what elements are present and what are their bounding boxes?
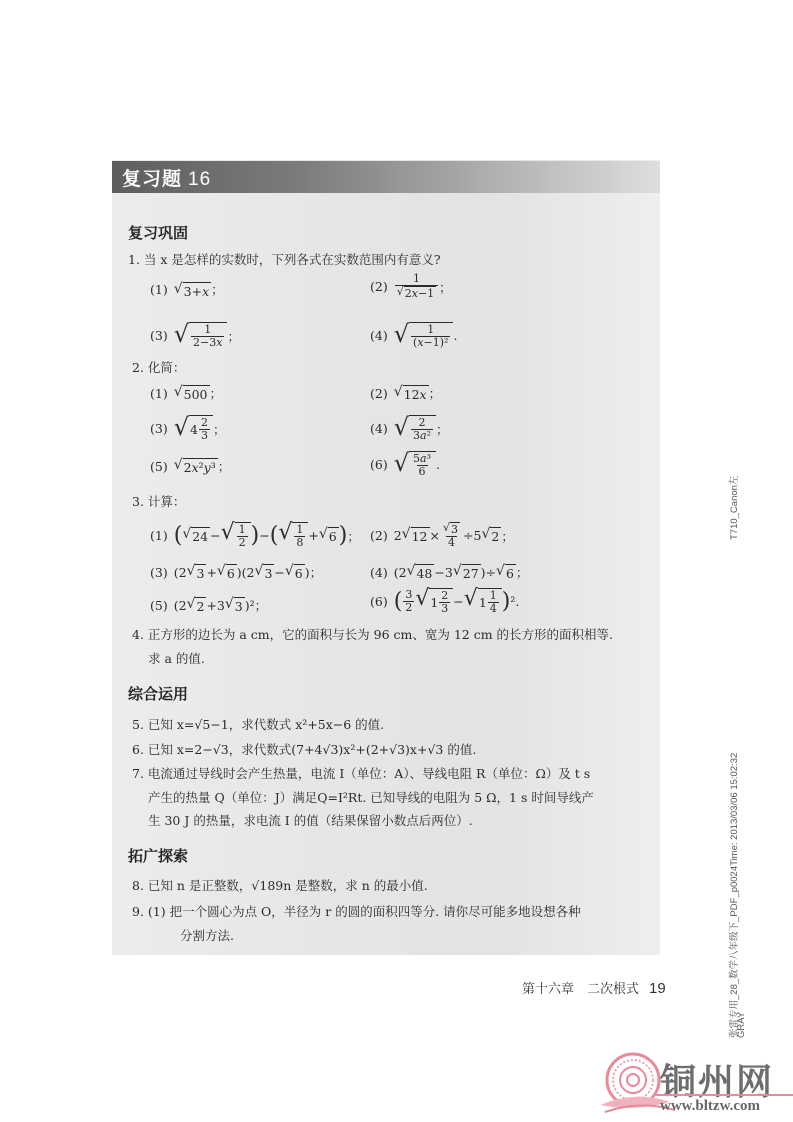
question-7-line-1: 7. 电流通过导线时会产生热量，电流 I（单位：A）、导线电阻 R（单位：Ω）及… (132, 766, 590, 782)
item-label: (4) (370, 328, 388, 343)
item-label: (5) (150, 459, 168, 474)
question-7-line-3: 生 30 J 的热量，求电流 I 的值（结果保留小数点后两位）. (148, 813, 473, 829)
title-text: 复习题 (122, 168, 182, 190)
q3-item-5: (5) (2√2+3√3)²； (150, 596, 267, 614)
q2-item-4: (4) √23a²； (370, 415, 449, 442)
q3-item-1: (1) (√24−√12)−(√18+√6)； (150, 522, 360, 549)
question-5: 5. 已知 x=√5−1，求代数式 x²+5x−6 的值. (132, 717, 384, 733)
q1-item-3: (3) √12−3x； (150, 322, 240, 349)
watermark-url: www.bltzw.com (660, 1098, 760, 1115)
question-9-line-2: 分割方法. (180, 928, 234, 944)
item-label: (6) (370, 457, 388, 472)
page-footer: 第十六章 二次根式19 (522, 978, 666, 997)
question-2-stem: 2. 化简： (132, 360, 185, 376)
q3-item-4: (4) (2√48−3√27)÷√6； (370, 563, 528, 581)
item-label: (3) (150, 565, 168, 580)
question-4-line-1: 4. 正方形的边长为 a cm，它的面积与长为 96 cm、宽为 12 cm 的… (132, 627, 613, 643)
section-apply: 综合运用 (128, 683, 188, 704)
item-label: (4) (370, 421, 388, 436)
question-7-line-2: 产生的热量 Q（单位：J）满足Q=I²Rt. 已知导线的电阻为 5 Ω，1 s … (148, 790, 594, 806)
section-review: 复习巩固 (128, 222, 188, 243)
q2-item-6: (6) √5a³6. (370, 451, 440, 478)
q3-item-2: (2) 2√12×√34÷5√2； (370, 522, 514, 549)
section-explore: 拓广探索 (128, 845, 188, 866)
page-number: 19 (649, 980, 666, 997)
question-3-stem: 3. 计算： (132, 494, 185, 510)
question-4-line-2: 求 a 的值. (148, 651, 205, 667)
q1-item-1: (1) √3+x； (150, 280, 224, 299)
q2-item-3: (3) √423； (150, 415, 225, 442)
q3-item-3: (3) (2√3+√6)(2√3−√6)； (150, 563, 322, 581)
chapter-label: 第十六章 二次根式 (522, 982, 639, 997)
q2-item-5: (5) √2x²y³； (150, 457, 230, 475)
color-mode-label: GRAY (736, 1012, 747, 1038)
item-label: (5) (150, 598, 168, 613)
q2-item-2: (2) √12x； (370, 384, 441, 402)
q2-item-1: (1) √500； (150, 384, 222, 402)
item-label: (2) (370, 528, 388, 543)
item-label: (2) (370, 279, 388, 294)
watermark-divider (655, 1094, 793, 1096)
page-title: 复习题16 (122, 164, 211, 191)
question-8: 8. 已知 n 是正整数，√189n 是整数，求 n 的最小值. (132, 878, 428, 894)
question-9-line-1: 9. (1) 把一个圆心为点 O，半径为 r 的圆的面积四等分. 请你尽可能多地… (132, 904, 581, 920)
item-label: (1) (150, 528, 168, 543)
item-label: (3) (150, 421, 168, 436)
scanner-label: T710_Canon左 (726, 476, 740, 540)
title-number: 16 (188, 169, 211, 190)
q1-item-2: (2) 1√2x−1； (370, 273, 452, 300)
item-label: (1) (150, 386, 168, 401)
item-label: (1) (150, 282, 168, 297)
q1-item-4: (4) √1(x−1)². (370, 322, 457, 349)
item-label: (4) (370, 565, 388, 580)
item-label: (3) (150, 328, 168, 343)
item-label: (6) (370, 594, 388, 609)
question-1-stem: 1. 当 x 是怎样的实数时，下列各式在实数范围内有意义? (128, 252, 441, 268)
question-6: 6. 已知 x=2−√3，求代数式(7+4√3)x²+(2+√3)x+√3 的值… (132, 742, 476, 758)
file-info-label: 张雷专用_28_数学八年级下_PDF_p0024Time: 2013/03/06… (726, 753, 740, 1038)
q3-item-6: (6) (32√123−√114)². (370, 588, 519, 615)
item-label: (2) (370, 386, 388, 401)
